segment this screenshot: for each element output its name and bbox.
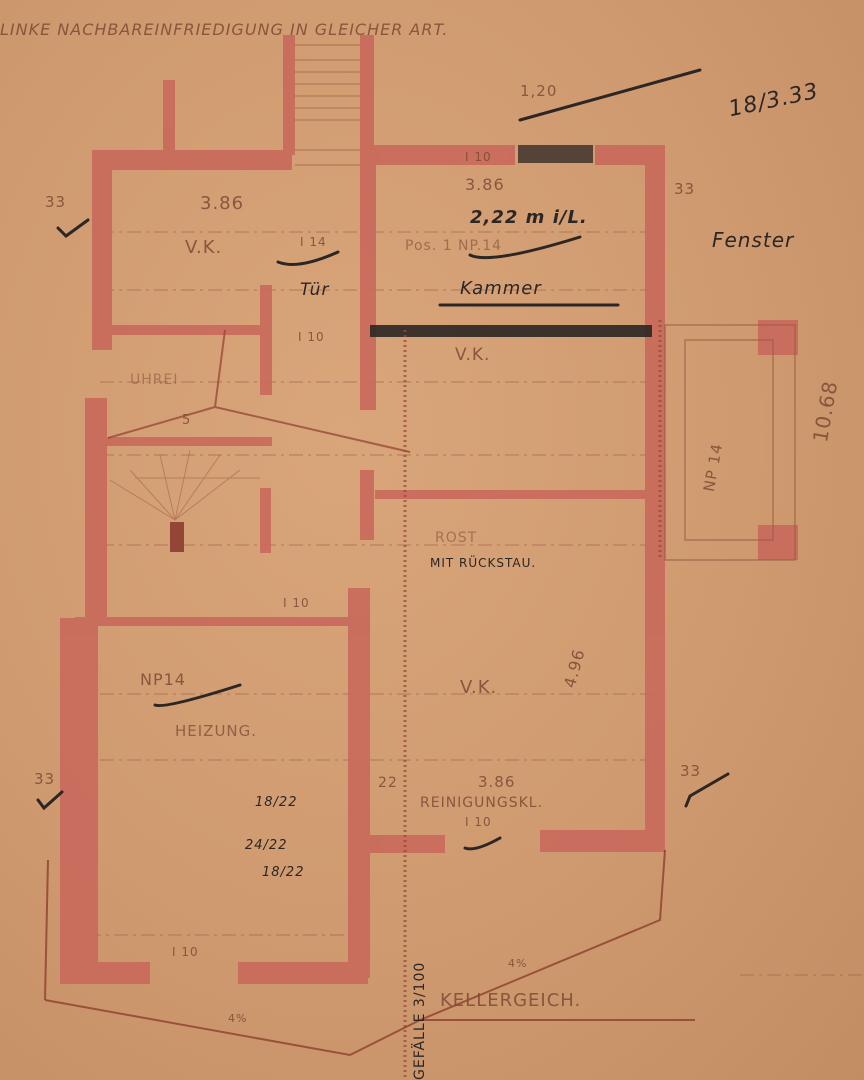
room-label-vk-lower-right: V.K. bbox=[460, 677, 497, 698]
room-label-vk-mid-right: V.K. bbox=[455, 345, 490, 365]
slope-left-label: 4% bbox=[228, 1012, 247, 1025]
beam-i10-top: I 10 bbox=[465, 150, 492, 164]
floor-plan-drawing bbox=[0, 0, 864, 1080]
room-label-uhrei: UHREI bbox=[130, 372, 178, 388]
room-width-top-left: 3.86 bbox=[200, 193, 244, 214]
beam-i10-upper-left: I 10 bbox=[298, 330, 325, 344]
fence-label: KELLERGEICH. bbox=[440, 990, 581, 1011]
room-label-vk-top-left: V.K. bbox=[185, 237, 222, 258]
pipe-size-2: 24/22 bbox=[245, 838, 287, 853]
pipe-size-3: 18/22 bbox=[262, 865, 304, 880]
dimension-wall-bottom-left: 33 bbox=[34, 770, 55, 788]
room-width-pos1: 3.86 bbox=[465, 175, 505, 194]
room-width-reinigung: 3.86 bbox=[478, 773, 515, 791]
dimension-wall-left: 33 bbox=[45, 193, 66, 211]
beam-length-note: 2,22 m i/L. bbox=[470, 207, 588, 228]
door-note: Tür bbox=[300, 280, 329, 300]
window-note: Fenster bbox=[712, 228, 794, 252]
dimension-wall-right: 33 bbox=[674, 180, 695, 198]
inner-wall-dimension: 22 bbox=[378, 775, 398, 791]
pipe-size-1: 18/22 bbox=[255, 795, 297, 810]
dimension-top-opening: 1,20 bbox=[520, 82, 557, 100]
sewer-slope-label: GEFÄLLE 3/100 bbox=[412, 962, 428, 1080]
dimension-wall-bottom-right: 33 bbox=[680, 762, 701, 780]
beam-i10-heating: I 10 bbox=[172, 945, 199, 959]
room-label-pos1: Pos. 1 NP.14 bbox=[405, 238, 502, 254]
room-label-rost: ROST bbox=[435, 530, 477, 546]
backflow-note: MIT RÜCKSTAU. bbox=[430, 556, 536, 570]
beam-i10-cleaning: I 10 bbox=[465, 815, 492, 829]
rooms-note: Kammer bbox=[460, 278, 542, 299]
stair-label: 5 bbox=[182, 413, 191, 428]
beam-i14: I 14 bbox=[300, 235, 327, 249]
room-label-reinigung: REINIGUNGSKL. bbox=[420, 795, 543, 811]
beam-i10-stair: I 10 bbox=[283, 596, 310, 610]
header-note: LINKE NACHBAREINFRIEDIGUNG IN GLEICHER A… bbox=[0, 20, 448, 39]
heating-beam-label: NP14 bbox=[140, 670, 186, 689]
slope-right-label: 4% bbox=[508, 957, 527, 970]
room-label-heizung: HEIZUNG. bbox=[175, 722, 257, 740]
